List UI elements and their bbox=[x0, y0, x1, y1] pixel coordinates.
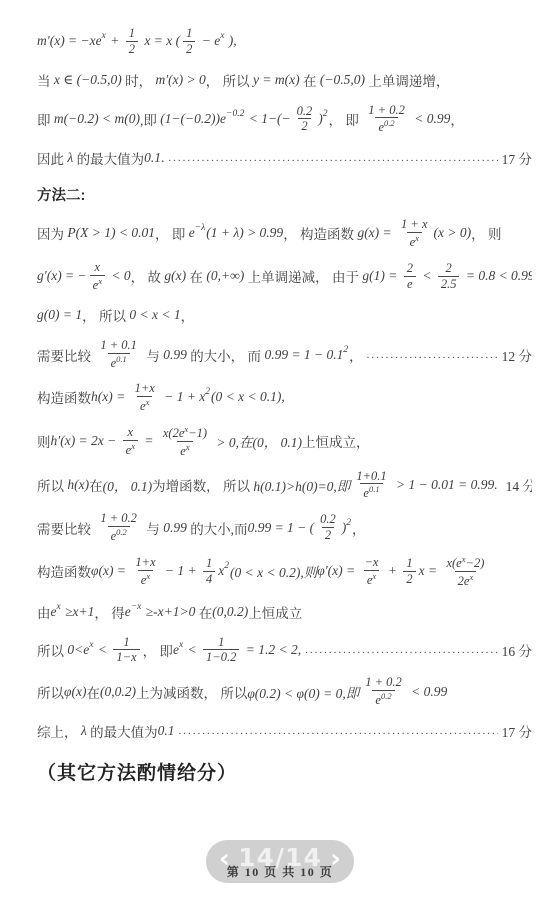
fraction: 0.22 bbox=[294, 104, 316, 135]
math-text: 0.99 = 1 − 0.1 bbox=[264, 347, 343, 363]
math-text: 0 < x < 1 bbox=[129, 307, 180, 323]
superscript: −x bbox=[131, 602, 142, 612]
math-text: 0.1 bbox=[144, 150, 161, 166]
fraction: 12 bbox=[126, 26, 138, 57]
math-text: = bbox=[141, 433, 157, 449]
math-text: g(0) = 1 bbox=[37, 307, 82, 323]
math-text: 2e bbox=[458, 574, 470, 588]
math-text: 2 bbox=[407, 261, 413, 275]
math-text: 2 bbox=[186, 42, 192, 56]
math-text: 0.2 bbox=[297, 104, 313, 118]
doc-line-12: 所以 h(x)在(0， 0.1)为增函数， 所以 h(0.1)>h(0)=0,即… bbox=[37, 469, 532, 502]
superscript: x bbox=[146, 397, 150, 407]
superscript: x bbox=[102, 31, 106, 41]
text: 所以 bbox=[37, 640, 67, 660]
text: . bbox=[161, 150, 164, 166]
math-text: > 1 − 0.01 = 0.99. bbox=[393, 477, 498, 493]
fraction: 1 + 0.2e0.2 bbox=[362, 675, 405, 708]
score-label: 14 分 bbox=[506, 475, 532, 495]
text: 综上， bbox=[37, 721, 81, 741]
math-text: − 1 + x bbox=[161, 389, 205, 405]
superscript: x bbox=[220, 31, 224, 41]
score-label: 16 分 bbox=[502, 640, 532, 660]
superscript: x bbox=[131, 441, 135, 451]
math-text: ≥-x+1>0 bbox=[142, 604, 198, 620]
text: 在 bbox=[199, 602, 213, 622]
math-text: −1) bbox=[188, 426, 207, 440]
math-text: 2 bbox=[446, 261, 452, 275]
math-text: 1 + 0.2 bbox=[100, 511, 137, 525]
math-text: ≥x+1 bbox=[62, 604, 95, 620]
doc-line-5: 方法二: bbox=[37, 181, 532, 207]
math-text: 0.1 bbox=[158, 723, 175, 739]
superscript: x bbox=[372, 571, 376, 581]
math-text: 4 bbox=[206, 572, 212, 586]
fraction: 12 bbox=[403, 556, 415, 587]
text: 上恒成立， bbox=[302, 431, 370, 451]
text: ， 故 bbox=[131, 266, 165, 286]
document-page: m′(x) = −xex + 12 x = x (12 − ex ),当 x ∈… bbox=[0, 0, 560, 795]
math-text: m′(x) = −xe bbox=[37, 33, 102, 49]
doc-line-4: 因此 λ 的最大值为0.1...........................… bbox=[37, 145, 532, 171]
math-text: (−0.5,0) bbox=[320, 72, 365, 88]
superscript: 0.2 bbox=[381, 691, 392, 701]
doc-line-11: 则h′(x) = 2x − xex = x(2ex−1)ex > 0,在(0， … bbox=[37, 424, 532, 459]
doc-line-8: g(0) = 1， 所以 0 < x < 1， bbox=[37, 302, 532, 328]
document-content: m′(x) = −xex + 12 x = x (12 − ex ),当 x ∈… bbox=[37, 26, 532, 785]
doc-line-10: 构造函数h(x) = 1+xex − 1 + x2(0 < x < 0.1), bbox=[37, 381, 532, 414]
math-text: (1 + λ) > 0.99 bbox=[206, 225, 283, 241]
math-text: < bbox=[184, 642, 200, 658]
text: 因此 bbox=[37, 148, 67, 168]
math-text: φ(x) bbox=[64, 684, 86, 700]
math-text: = 0.8 < 0.99 bbox=[462, 268, 532, 284]
math-text: 0.99 bbox=[163, 520, 187, 536]
text: 构造函数 bbox=[37, 387, 91, 407]
math-text: 0.99 bbox=[163, 347, 187, 363]
math-text: < 0.99 bbox=[411, 111, 451, 127]
fraction: x(ex−2)2ex bbox=[443, 554, 487, 589]
fraction: −xex bbox=[362, 555, 382, 588]
text: 为增函数， 所以 bbox=[152, 475, 253, 495]
math-text: < 0 bbox=[108, 268, 131, 284]
text: 方法二: bbox=[37, 184, 85, 205]
superscript: 0.2 bbox=[116, 527, 127, 537]
math-text: (0,+∞) bbox=[206, 268, 244, 284]
math-text: m(−0.2) < m(0) bbox=[54, 111, 140, 127]
doc-line-15: 由ex ≥x+1， 得e−x ≥-x+1>0 在(0,0.2)上恒成立 bbox=[37, 599, 532, 625]
fraction: 2e bbox=[404, 261, 416, 292]
fraction: 11−x bbox=[113, 635, 139, 666]
text: ， bbox=[352, 518, 366, 538]
dotted-leader: ........................................… bbox=[367, 349, 498, 361]
superscript: −λ bbox=[195, 223, 206, 233]
math-text: x(2e bbox=[163, 426, 185, 440]
math-text: φ(0.2) < φ(0) = 0,即 bbox=[247, 682, 359, 702]
text: 所以 bbox=[37, 475, 67, 495]
fraction: 12 bbox=[183, 26, 195, 57]
math-text: 2.5 bbox=[441, 277, 457, 291]
math-text: −x bbox=[365, 555, 379, 569]
superscript: x bbox=[415, 233, 419, 243]
superscript: 0.2 bbox=[384, 118, 395, 128]
math-text: < 1−(− bbox=[245, 111, 290, 127]
fraction: 1+0.1e0.1 bbox=[353, 469, 389, 502]
math-text: h′(x) = 2x − bbox=[51, 433, 120, 449]
superscript: 2 bbox=[323, 109, 328, 119]
math-text: 1−0.2 bbox=[206, 650, 236, 664]
superscript: 0.1 bbox=[116, 354, 127, 364]
text: 即 bbox=[37, 109, 54, 129]
dotted-leader: ........................................… bbox=[305, 644, 498, 656]
math-text: 0.99 = 1 − ( bbox=[248, 520, 315, 536]
math-text: 1 + 0.2 bbox=[368, 103, 405, 117]
doc-line-9: 需要比较 1 + 0.1e0.1 与 0.99 的大小， 而 0.99 = 1 … bbox=[37, 338, 532, 371]
math-text: 1 bbox=[186, 26, 192, 40]
superscript: 2 bbox=[224, 561, 229, 571]
text: 在 bbox=[300, 70, 320, 90]
text: 在 bbox=[89, 475, 103, 495]
math-text: < 0.99 bbox=[408, 684, 448, 700]
text: （其它方法酌情给分） bbox=[37, 758, 237, 785]
math-text: < bbox=[419, 268, 435, 284]
math-text: g(x) bbox=[164, 268, 186, 284]
text: 与 bbox=[143, 518, 163, 538]
fraction: 1+xex bbox=[132, 555, 158, 588]
text: 需要比较 bbox=[37, 345, 94, 365]
math-text: (0,0.2) bbox=[212, 604, 248, 620]
text: 的大小,而 bbox=[187, 518, 248, 538]
math-text: 1 bbox=[218, 635, 224, 649]
text: 在 bbox=[186, 266, 206, 286]
superscript: 2 bbox=[346, 518, 351, 528]
math-text: (x > 0) bbox=[434, 225, 472, 241]
superscript: x bbox=[186, 442, 190, 452]
text: ， 即 bbox=[155, 223, 189, 243]
fraction: x(2ex−1)ex bbox=[160, 424, 210, 459]
text: ， bbox=[349, 345, 363, 365]
math-text: + bbox=[384, 563, 400, 579]
superscript: x bbox=[89, 640, 93, 650]
text: ， bbox=[181, 305, 195, 325]
text: ， 所以 bbox=[82, 305, 129, 325]
math-text: (1−(−0.2))e bbox=[160, 111, 226, 127]
doc-line-3: 即 m(−0.2) < m(0),即 (1−(−0.2))e−0.2 < 1−(… bbox=[37, 103, 532, 136]
math-text: (0， 0.1) bbox=[253, 431, 303, 451]
math-text: x bbox=[95, 260, 101, 274]
math-text: (0， 0.1) bbox=[103, 475, 153, 495]
math-text: e bbox=[407, 277, 413, 291]
text: 由 bbox=[37, 602, 51, 622]
fraction: xex bbox=[123, 425, 138, 458]
math-text: < bbox=[94, 642, 110, 658]
math-text: 1 bbox=[206, 556, 212, 570]
score-label: 17 分 bbox=[502, 721, 532, 741]
dotted-leader: ........................................… bbox=[178, 725, 497, 737]
fraction: 0.22 bbox=[317, 512, 339, 543]
math-text: 1 + 0.1 bbox=[100, 338, 137, 352]
page-indicator-pill: ‹ 14/14 › 第 10 页 共 10 页 bbox=[206, 840, 354, 883]
fraction: 1 + 0.2e0.2 bbox=[365, 103, 408, 136]
text: 上单调递增， bbox=[365, 70, 449, 90]
text: 因为 bbox=[37, 223, 67, 243]
math-text: 1+0.1 bbox=[356, 469, 386, 483]
doc-line-14: 构造函数φ(x) = 1+xex − 1 + 14x2(0 < x < 0.2)… bbox=[37, 554, 532, 589]
math-text: 1+x bbox=[135, 381, 155, 395]
math-text: m′(x) > 0 bbox=[155, 72, 205, 88]
text: 的大小， 而 bbox=[187, 345, 265, 365]
math-text: x ∈ (−0.5,0) bbox=[54, 72, 122, 88]
superscript: 2 bbox=[205, 387, 210, 397]
doc-line-6: 因为 P(X > 1) < 0.01， 即 e−λ(1 + λ) > 0.99，… bbox=[37, 217, 532, 250]
doc-line-17: 所以φ(x)在(0,0.2)上为减函数， 所以φ(0.2) < φ(0) = 0… bbox=[37, 675, 532, 708]
fraction: 11−0.2 bbox=[203, 635, 239, 666]
dotted-leader: ........................................… bbox=[168, 152, 497, 164]
math-text: > 0,在 bbox=[213, 431, 253, 451]
math-text: = 1.2 < 2, bbox=[242, 642, 301, 658]
math-text: h(x) = bbox=[91, 389, 129, 405]
text: 的最大值为 bbox=[87, 721, 158, 741]
text: ， 构造函数 bbox=[283, 223, 357, 243]
fraction: 1 + 0.2e0.2 bbox=[97, 511, 140, 544]
math-text: φ′(x) = bbox=[317, 563, 358, 579]
math-text: 2 bbox=[406, 572, 412, 586]
math-text: + bbox=[107, 33, 123, 49]
text: ,即 bbox=[140, 109, 160, 129]
doc-line-13: 需要比较 1 + 0.2e0.2 与 0.99 的大小,而0.99 = 1 − … bbox=[37, 511, 532, 544]
math-text: 1 bbox=[406, 556, 412, 570]
page-caption: 第 10 页 共 10 页 bbox=[206, 863, 354, 880]
math-text: 1 + x bbox=[401, 217, 427, 231]
math-text: x = bbox=[419, 563, 441, 579]
math-text: (0 < x < 0.1), bbox=[211, 389, 285, 405]
math-text: 1+x bbox=[135, 555, 155, 569]
text: 上恒成立 bbox=[248, 602, 302, 622]
doc-line-18: 综上， λ 的最大值为0.1..........................… bbox=[37, 718, 532, 744]
math-text: 2 bbox=[301, 119, 307, 133]
doc-line-19: （其它方法酌情给分） bbox=[37, 758, 532, 785]
text: ， 即 bbox=[143, 640, 173, 660]
doc-line-2: 当 x ∈ (−0.5,0) 时， m′(x) > 0， 所以 y = m(x)… bbox=[37, 67, 532, 93]
math-text: 1 + 0.2 bbox=[365, 675, 402, 689]
superscript: x bbox=[98, 276, 102, 286]
fraction: 14 bbox=[203, 556, 215, 587]
text: 与 bbox=[143, 345, 163, 365]
math-text: −2) bbox=[466, 556, 485, 570]
math-text: 2 bbox=[129, 42, 135, 56]
math-text: − 1 + bbox=[162, 563, 200, 579]
superscript: x bbox=[146, 571, 150, 581]
text: 当 bbox=[37, 70, 54, 90]
math-text: x = x ( bbox=[141, 33, 180, 49]
score-label: 12 分 bbox=[502, 345, 532, 365]
math-text: φ(x) = bbox=[91, 563, 129, 579]
math-text: 0.2 bbox=[320, 512, 336, 526]
text: 上为减函数， 所以 bbox=[136, 682, 247, 702]
text: 上单调递减， 由于 bbox=[244, 266, 362, 286]
text: 则 bbox=[37, 431, 51, 451]
math-text: (0,0.2) bbox=[100, 684, 136, 700]
text: 需要比较 bbox=[37, 518, 94, 538]
superscript: x bbox=[179, 640, 183, 650]
math-text: (0 < x < 0.2),则 bbox=[230, 561, 317, 581]
doc-line-16: 所以 0<ex < 11−x， 即ex < 11−0.2 = 1.2 < 2,.… bbox=[37, 635, 532, 666]
superscript: 0.1 bbox=[369, 484, 380, 494]
superscript: −0.2 bbox=[226, 109, 244, 119]
math-text: y = m(x) bbox=[253, 72, 300, 88]
text: ， bbox=[450, 109, 464, 129]
fraction: 1+xex bbox=[132, 381, 158, 414]
text: 时， bbox=[122, 70, 156, 90]
score-label: 17 分 bbox=[502, 148, 532, 168]
math-text: 1 bbox=[129, 26, 135, 40]
math-text: P(X > 1) < 0.01 bbox=[67, 225, 155, 241]
text: ， 所以 bbox=[206, 70, 253, 90]
text: ， 则 bbox=[471, 223, 501, 243]
fraction: 1 + xex bbox=[398, 217, 430, 250]
math-text: ), bbox=[225, 33, 236, 49]
math-text: 1−x bbox=[116, 650, 136, 664]
math-text: g(1) = bbox=[362, 268, 400, 284]
math-text: g(x) = bbox=[357, 225, 395, 241]
text: ， 即 bbox=[329, 109, 363, 129]
doc-line-1: m′(x) = −xex + 12 x = x (12 − ex ), bbox=[37, 26, 532, 57]
fraction: 1 + 0.1e0.1 bbox=[97, 338, 140, 371]
fraction: 22.5 bbox=[438, 261, 460, 292]
text: 所以 bbox=[37, 682, 64, 702]
fraction: xex bbox=[90, 260, 105, 293]
math-text: h(0.1)>h(0)=0,即 bbox=[253, 475, 350, 495]
math-text: h(x) bbox=[67, 477, 89, 493]
text: 的最大值为 bbox=[73, 148, 144, 168]
math-text: x(e bbox=[446, 556, 461, 570]
math-text: g′(x) = − bbox=[37, 268, 87, 284]
math-text: 2 bbox=[325, 528, 331, 542]
math-text: 1 bbox=[123, 635, 129, 649]
text: 构造函数 bbox=[37, 561, 91, 581]
math-text: x bbox=[128, 425, 134, 439]
superscript: x bbox=[469, 572, 473, 582]
text: 在 bbox=[86, 682, 100, 702]
superscript: x bbox=[57, 602, 61, 612]
math-text: 0<e bbox=[67, 642, 89, 658]
doc-line-7: g′(x) = −xex < 0， 故 g(x) 在 (0,+∞) 上单调递减，… bbox=[37, 260, 532, 293]
text: ， 得 bbox=[94, 602, 124, 622]
math-text: − e bbox=[198, 33, 220, 49]
superscript: 2 bbox=[343, 345, 348, 355]
